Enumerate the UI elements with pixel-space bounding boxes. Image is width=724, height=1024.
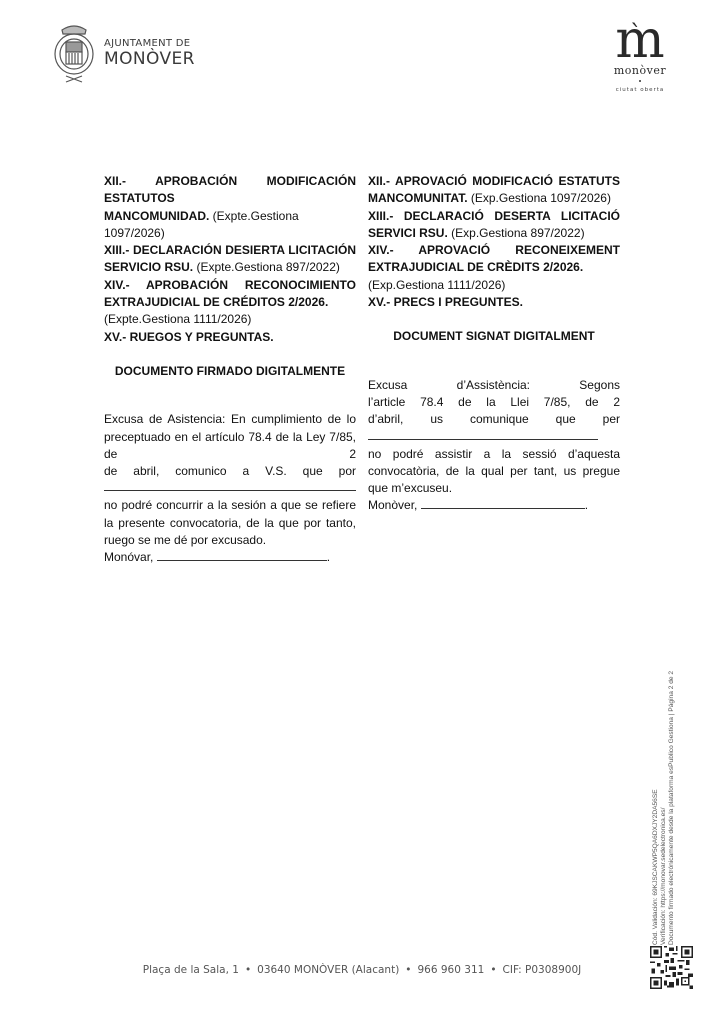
agenda-item-line: MANCOMUNITAT. (Exp.Gestiona 1097/2026) [368,190,620,207]
agenda-item-line: XV.- RUEGOS Y PREGUNTAS. [104,329,356,346]
reason-blank-line [104,480,356,491]
excuse-text: no podré concurrir a la sesión a que se … [104,497,356,549]
agenda-item-line: XIV.- APROBACIÓN RECONOCIMIENTO [104,277,356,294]
signed-note: Documento firmado electrónicamente desde… [668,671,676,945]
spanish-column: XII.- APROBACIÓN MODIFICACIÓN ESTATUTOS … [104,173,356,567]
footer-separator: • [405,964,411,976]
excuse-text: no podré assistir a la sessió d’aquesta [368,446,620,463]
place-date-line: Monóvar, . [104,549,356,566]
agenda-item-line: SERVICIO RSU. (Expte.Gestiona 897/2022) [104,259,356,276]
agenda-item-line: XII.- APROVACIÓ MODIFICACIÓ ESTATUTS [368,173,620,190]
excuse-text: de abril, comunico a V.S. que por [104,463,356,480]
agenda-item-line: XIV.- APROVACIÓ RECONEIXEMENT [368,242,620,259]
verification-url[interactable]: Verificación: https://monovar.sedelectro… [660,671,668,945]
agenda-item-ref: (Expte.Gestiona 1111/2026) [104,311,356,328]
excuse-text: convocatòria, de la qual per tant, us pr… [368,463,620,480]
valencian-column: XII.- APROVACIÓ MODIFICACIÓ ESTATUTS MAN… [368,173,620,515]
logo-line-2: MONÒVER [104,51,195,68]
footer-separator: • [245,964,251,976]
date-blank [157,549,327,561]
date-blank [421,497,585,509]
footer-cif: CIF: P0308900J [503,964,582,976]
excuse-text: que m’excuseu. [368,480,620,497]
excuse-text: Excusa d’Assistència: Segons [368,377,620,394]
excuse-text: l’article 78.4 de la Llei 7/85, de 2 [368,394,620,411]
agenda-item-line: XII.- APROBACIÓN MODIFICACIÓN ESTATUTOS [104,173,356,208]
agenda-item-line: MANCOMUNIDAD. (Expte.Gestiona 1097/2026) [104,208,356,243]
footer-city: 03640 MONÒVER (Alacant) [257,964,399,976]
validation-code: Cód. Validación: 69KJSCAKWP5QA6DXJY2DA56… [652,671,660,945]
excuse-text: d’abril, us comunique que per [368,411,620,428]
grave-accent-mark: ` [630,8,642,60]
agenda-item-line: XV.- PRECS I PREGUNTES. [368,294,620,311]
reason-blank-line [368,429,598,440]
agenda-item-line: SERVICI RSU. (Exp.Gestiona 897/2022) [368,225,620,242]
signed-heading: DOCUMENTO FIRMADO DIGITALMENTE [104,363,356,380]
footer-address: Plaça de la Sala, 1 [143,964,239,976]
monover-brand-logo: ` m monòver ciutat oberta [600,14,680,93]
brand-tagline: ciutat oberta [600,87,680,93]
excuse-text: Excusa de Asistencia: En cumplimiento de… [104,411,356,428]
agenda-item-line: XIII.- DECLARACIÓ DESERTA LICITACIÓ [368,208,620,225]
ajuntament-logo: AJUNTAMENT DE MONÒVER [52,20,195,86]
agenda-item-ref: (Exp.Gestiona 1111/2026) [368,277,620,294]
brand-dot [639,80,641,82]
excuse-text: preceptuado en el artículo 78.4 de la Le… [104,429,356,464]
agenda-item-line: XIII.- DECLARACIÓN DESIERTA LICITACIÓN [104,242,356,259]
signed-heading: DOCUMENT SIGNAT DIGITALMENT [368,328,620,345]
footer-phone: 966 960 311 [418,964,485,976]
validation-stamp: Cód. Validación: 69KJSCAKWP5QA6DXJY2DA56… [652,671,676,945]
agenda-item-line: EXTRAJUDICIAL DE CRÈDITS 2/2026. [368,259,620,276]
footer-contact: Plaça de la Sala, 1•03640 MONÒVER (Alaca… [0,964,724,976]
logo-line-1: AJUNTAMENT DE [104,39,195,49]
place-date-line: Monòver, . [368,497,620,514]
agenda-item-line: EXTRAJUDICIAL DE CRÉDITOS 2/2026. [104,294,356,311]
coat-of-arms-icon [52,20,96,86]
footer-separator: • [490,964,496,976]
